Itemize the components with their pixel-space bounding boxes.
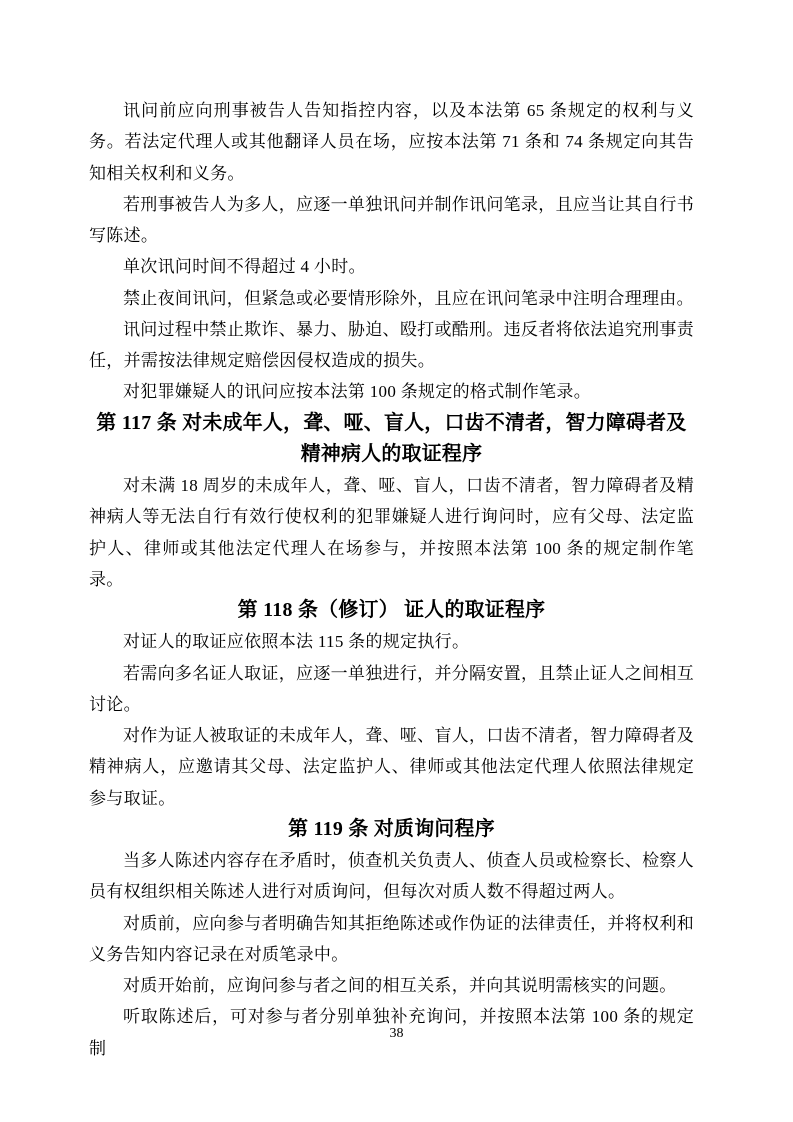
paragraph-night-interrogation: 禁止夜间讯问，但紧急或必要情形除外，且应在讯问笔录中注明合理理由。: [89, 283, 694, 314]
paragraph-prohibited-methods: 讯问过程中禁止欺诈、暴力、胁迫、殴打或酷刑。违反者将依法追究刑事责任，并需按法律…: [89, 314, 694, 377]
article-119-heading: 第 119 条 对质询问程序: [89, 814, 694, 845]
article-118-heading: 第 118 条（修订） 证人的取证程序: [89, 595, 694, 626]
paragraph-article-119-body-3: 对质开始前，应询问参与者之间的相互关系，并向其说明需核实的问题。: [89, 970, 694, 1001]
paragraph-article-118-body-3: 对作为证人被取证的未成年人，聋、哑、盲人，口齿不清者，智力障碍者及精神病人，应邀…: [89, 720, 694, 814]
paragraph-interrogation-notice: 讯问前应向刑事被告人告知指控内容，以及本法第 65 条规定的权利与义务。若法定代…: [89, 95, 694, 189]
page-number: 38: [0, 1024, 793, 1044]
paragraph-article-118-body-1: 对证人的取证应依照本法 115 条的规定执行。: [89, 626, 694, 657]
paragraph-article-119-body-1: 当多人陈述内容存在矛盾时，侦查机关负责人、侦查人员或检察长、检察人员有权组织相关…: [89, 845, 694, 908]
paragraph-article-119-body-2: 对质前，应向参与者明确告知其拒绝陈述或作伪证的法律责任，并将权利和义务告知内容记…: [89, 908, 694, 971]
paragraph-article-117-body: 对未满 18 周岁的未成年人，聋、哑、盲人，口齿不清者，智力障碍者及精神病人等无…: [89, 470, 694, 595]
paragraph-article-118-body-2: 若需向多名证人取证，应逐一单独进行，并分隔安置，且禁止证人之间相互讨论。: [89, 658, 694, 721]
paragraph-record-format: 对犯罪嫌疑人的讯问应按本法第 100 条规定的格式制作笔录。: [89, 376, 694, 407]
article-117-heading: 第 117 条 对未成年人，聋、哑、盲人，口齿不清者，智力障碍者及精神病人的取证…: [89, 408, 694, 471]
paragraph-time-limit: 单次讯问时间不得超过 4 小时。: [89, 251, 694, 282]
document-body: 讯问前应向刑事被告人告知指控内容，以及本法第 65 条规定的权利与义务。若法定代…: [89, 95, 694, 1064]
paragraph-multiple-defendants: 若刑事被告人为多人，应逐一单独讯问并制作讯问笔录，且应当让其自行书写陈述。: [89, 189, 694, 252]
document-page: 讯问前应向刑事被告人告知指控内容，以及本法第 65 条规定的权利与义务。若法定代…: [0, 0, 793, 1122]
